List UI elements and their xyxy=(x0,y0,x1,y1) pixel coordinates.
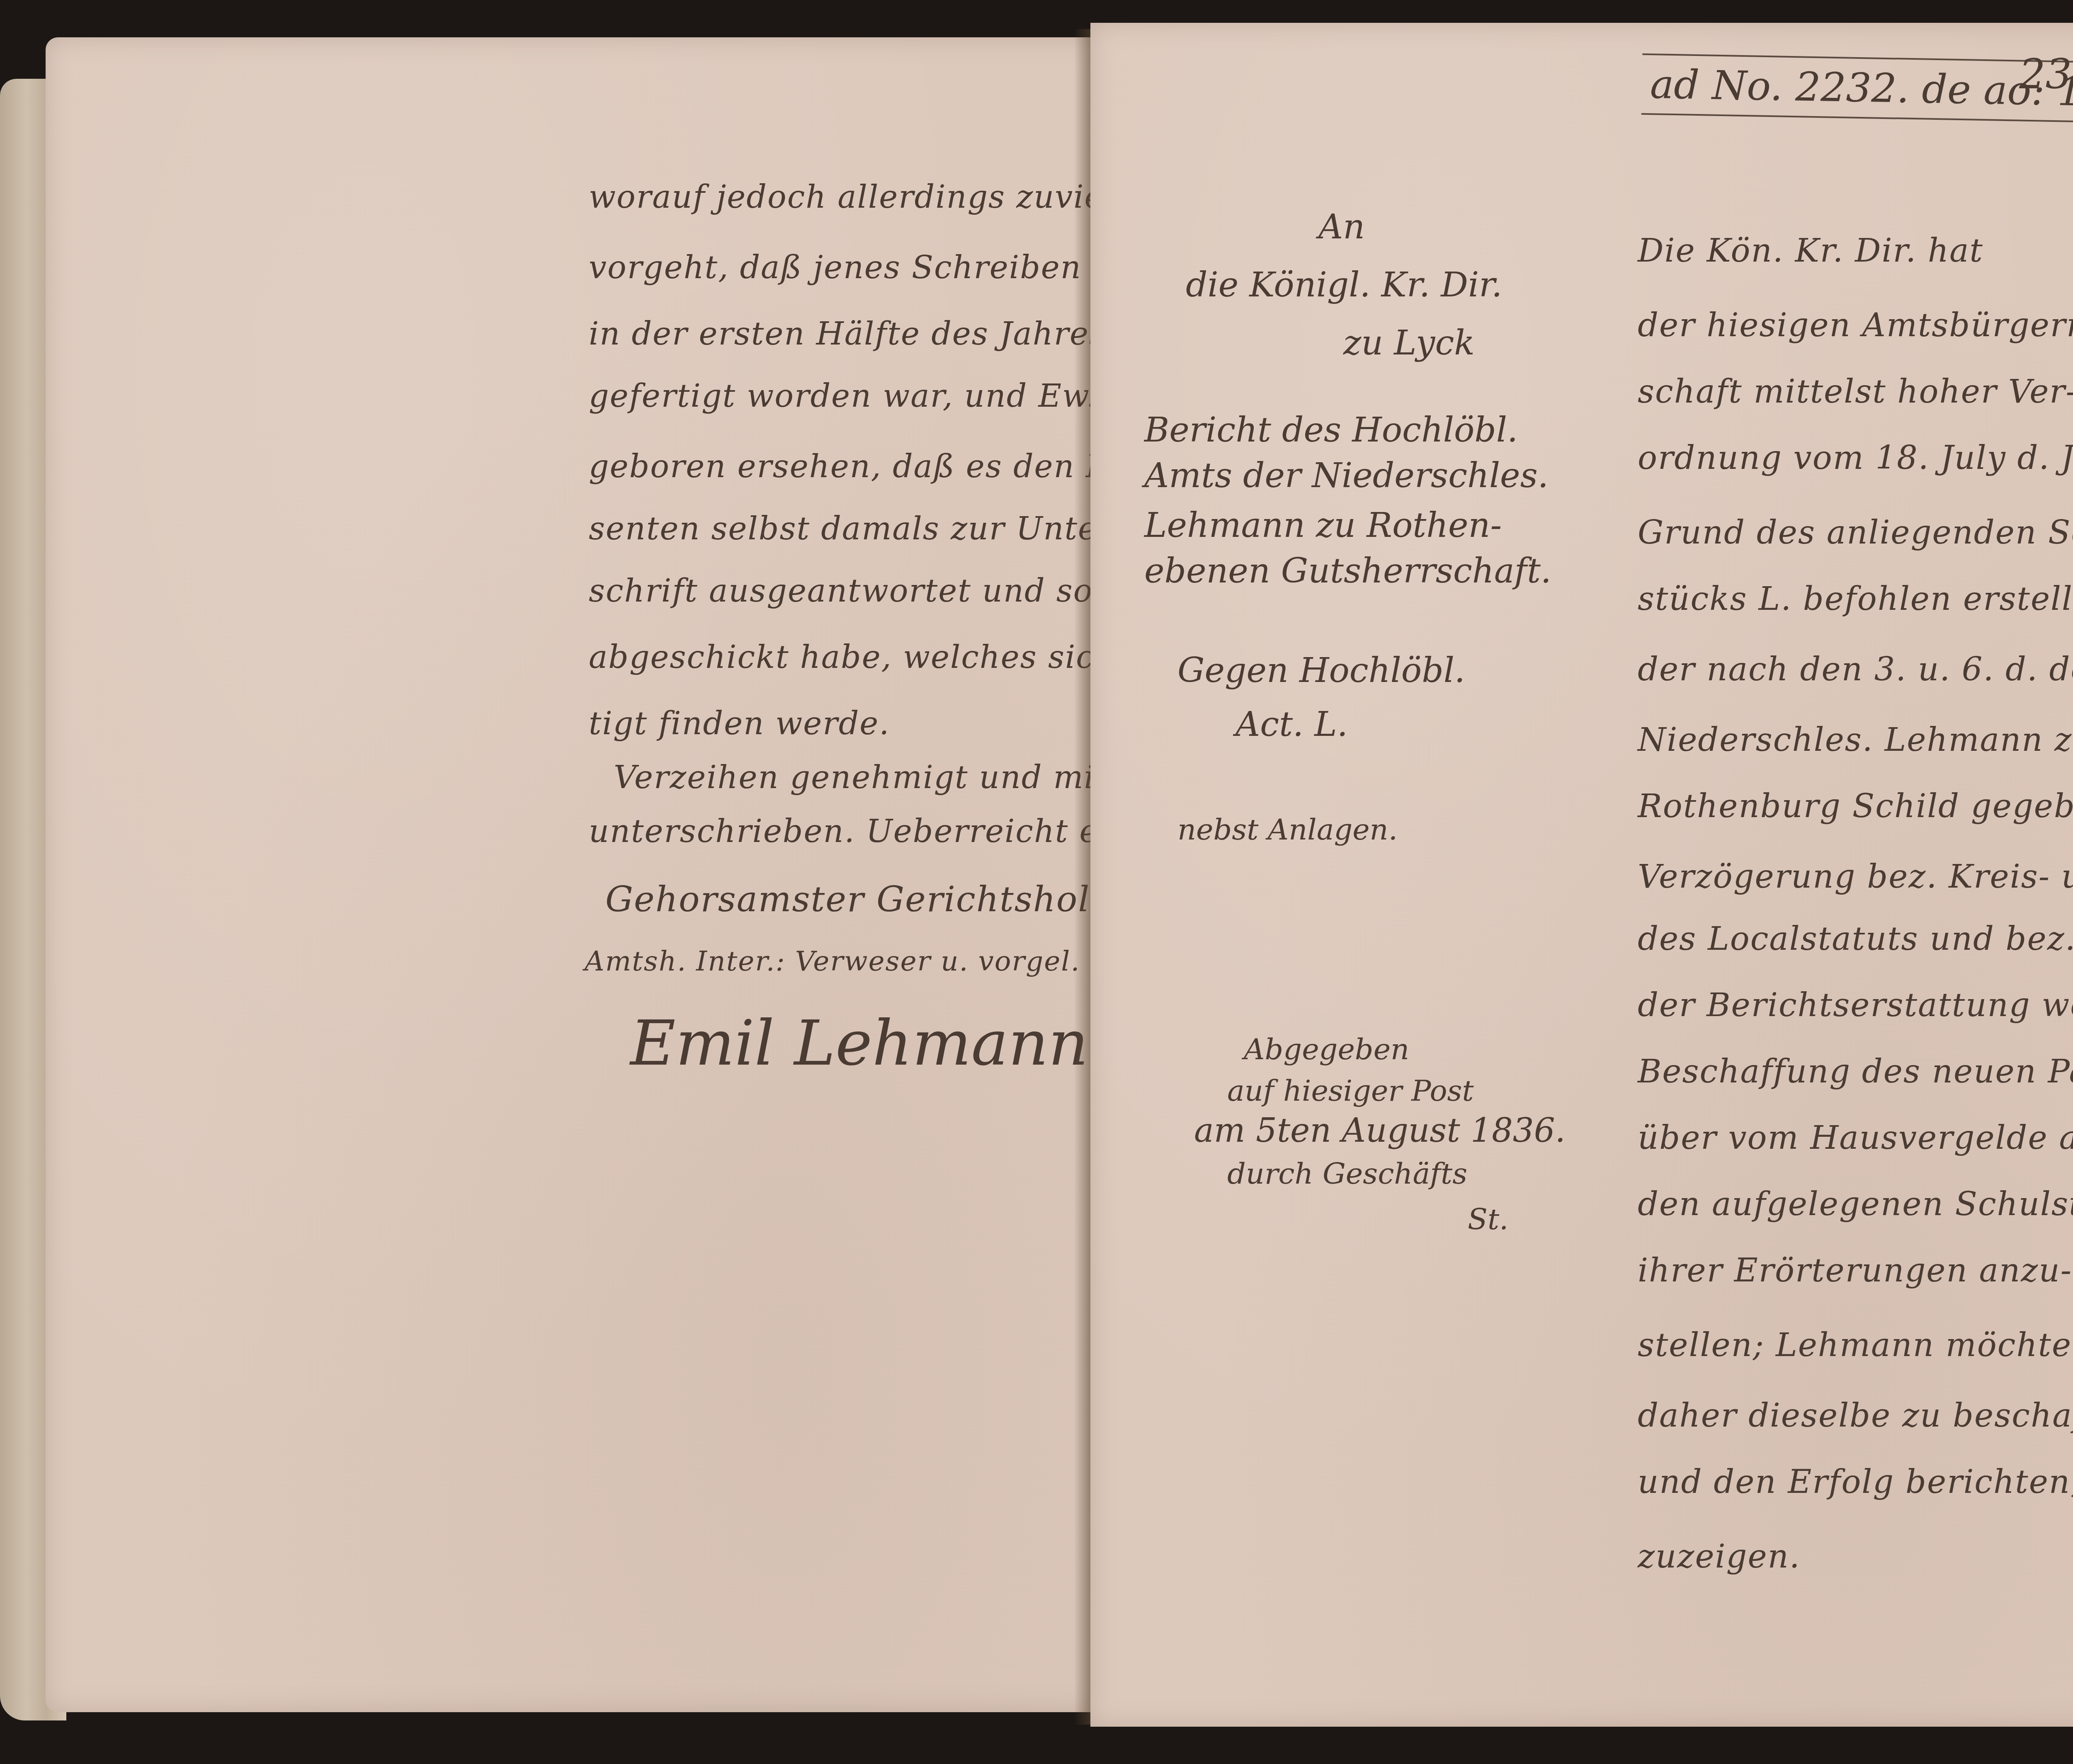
recipient-line-1: die Königl. Kr. Dir. xyxy=(1186,265,1502,305)
body-line-5: Grund des anliegenden Schrift- xyxy=(1638,514,2073,551)
body-line-12: der Berichtserstattung wegen xyxy=(1638,987,2073,1024)
left-line-11: unterschrieben. Ueberreicht etc. xyxy=(589,813,1142,849)
folio-number: 23. xyxy=(2019,50,2073,98)
body-line-1: Die Kön. Kr. Dir. hat xyxy=(1638,232,1983,269)
body-line-18: daher dieselbe zu beschaffen xyxy=(1638,1397,2073,1434)
body-line-19: und den Erfolg berichten, xyxy=(1638,1463,2073,1501)
postal-initial: St. xyxy=(1468,1202,1508,1236)
body-line-20: zuzeigen. xyxy=(1638,1538,1801,1575)
body-line-4: ordnung vom 18. July d. J. auf xyxy=(1638,439,2073,477)
body-line-11: des Localstatuts und bez. xyxy=(1638,920,2073,958)
signature: Emil Lehmann xyxy=(630,1007,1088,1080)
subject-line-4: ebenen Gutsherrschaft. xyxy=(1144,551,1551,591)
body-line-17: stellen; Lehmann möchte xyxy=(1638,1327,2072,1364)
body-line-7: der nach den 3. u. 6. d. dem xyxy=(1638,651,2073,688)
enclosure-line-2: Act. L. xyxy=(1236,705,1348,744)
body-line-9: Rothenburg Schild gegebenen, xyxy=(1638,788,2073,825)
recipient-line-2: zu Lyck xyxy=(1343,323,1475,363)
left-line-10: Verzeihen genehmigt und mit xyxy=(614,759,1108,796)
body-line-13: Beschaffung des neuen Patens xyxy=(1638,1053,2073,1090)
body-line-15: den aufgelegenen Schulstelle xyxy=(1638,1186,2073,1223)
postal-note-3: am 5ten August 1836. xyxy=(1194,1111,1566,1150)
enclosure-line-3: nebst Anlagen. xyxy=(1177,813,1398,847)
left-page xyxy=(46,37,1107,1712)
subject-line-1: Bericht des Hochlöbl. xyxy=(1144,410,1518,450)
left-line-6: senten selbst damals zur Unter- xyxy=(589,510,1125,547)
salutation: An xyxy=(1318,207,1365,247)
file-reference: ad No. 2232. de ao: 1836. xyxy=(1641,53,2073,124)
subject-line-2: Amts der Niederschles. xyxy=(1144,456,1549,495)
postal-note-2: auf hiesiger Post xyxy=(1227,1074,1474,1108)
enclosure-line-1: Gegen Hochlöbl. xyxy=(1177,651,1465,690)
body-line-8: Niederschles. Lehmann zu xyxy=(1638,721,2073,759)
postal-note-1: Abgegeben xyxy=(1244,1032,1409,1066)
body-line-6: stücks L. befohlen erstellt, wegen xyxy=(1638,580,2073,618)
body-line-10: Verzögerung bez. Kreis- und xyxy=(1638,858,2073,895)
body-line-2: der hiesigen Amtsbürgermeister- xyxy=(1638,307,2073,344)
body-line-3: schaft mittelst hoher Ver- xyxy=(1638,373,2073,410)
body-line-16: ihrer Erörterungen anzu- xyxy=(1638,1252,2072,1289)
subject-line-3: Lehmann zu Rothen- xyxy=(1144,506,1502,545)
left-line-9: tigt finden werde. xyxy=(589,705,890,742)
postal-note-4: durch Geschäfts xyxy=(1227,1157,1467,1191)
body-line-14: über vom Hausvergelde an xyxy=(1638,1119,2073,1157)
